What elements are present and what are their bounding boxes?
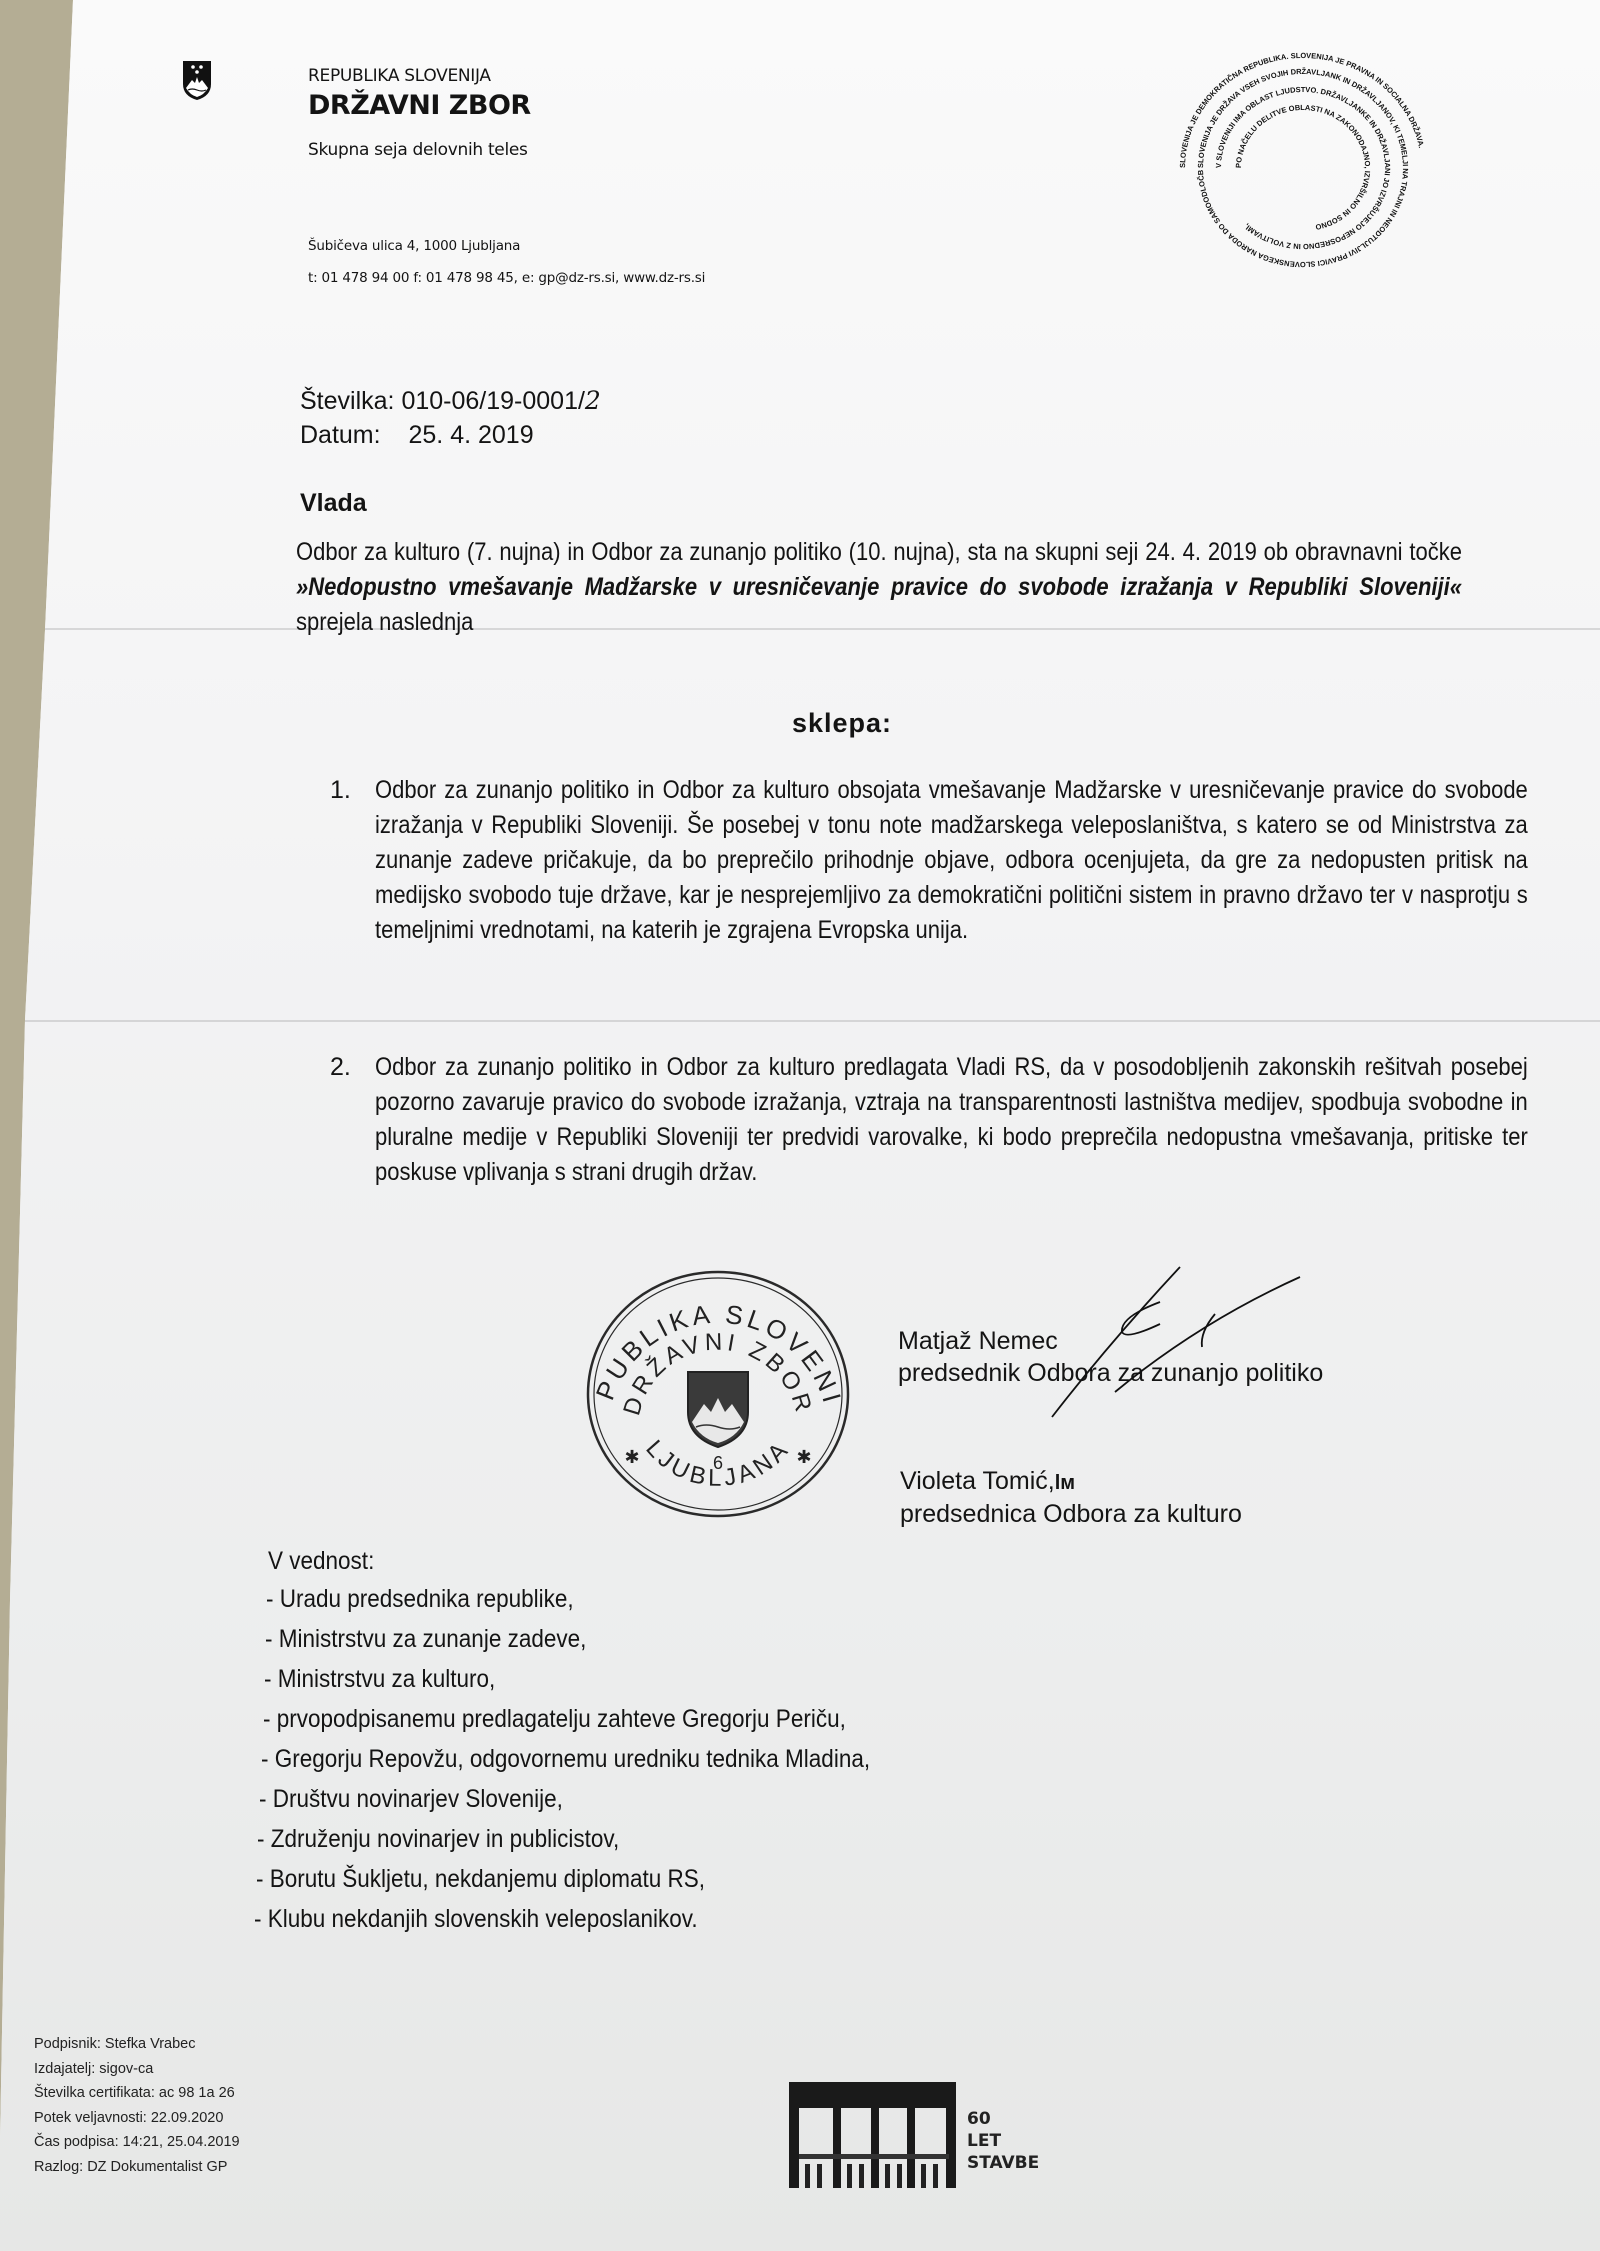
svg-text:✱: ✱ <box>624 1447 639 1467</box>
coat-of-arms-icon <box>180 58 214 102</box>
number-value: 010-06/19-0001/ <box>401 387 584 415</box>
header-address: Šubičeva ulica 4, 1000 Ljubljana <box>308 238 520 254</box>
agenda-item-title: »Nedopustno vmešavanje Madžarske v uresn… <box>296 573 1462 601</box>
certificate-info: Podpisnik: Stefka Vrabec Izdajatelj: sig… <box>34 2032 240 2179</box>
distribution-item: - Ministrstvu za zunanje zadeve, <box>265 1620 586 1658</box>
distribution-item: - Gregorju Repovžu, odgovornemu uredniku… <box>261 1740 870 1778</box>
header-unit: Skupna seja delovnih teles <box>308 140 528 160</box>
fold-line <box>0 1020 1600 1022</box>
svg-text:PO NAČELU DELITVE OBLASTI NA Z: PO NAČELU DELITVE OBLASTI NA ZAKONODAJNO… <box>1234 103 1372 232</box>
distribution-item: - prvopodpisanemu predlagatelju zahteve … <box>263 1700 846 1738</box>
signature-scribble <box>1030 1262 1330 1422</box>
distribution-item: - Ministrstvu za kulturo, <box>264 1660 495 1698</box>
parliament-building-icon <box>785 2078 960 2193</box>
distribution-item: - Združenju novinarjev in publicistov, <box>257 1820 619 1858</box>
initials-mark: lм <box>1055 1472 1075 1494</box>
header-institution: DRŽAVNI ZBOR <box>308 90 531 121</box>
svg-text:6: 6 <box>713 1453 723 1473</box>
svg-text:SLOVENIJA JE DRŽAVA VSEH SVOJI: SLOVENIJA JE DRŽAVA VSEH SVOJIH DRŽAVLJA… <box>1168 50 1410 269</box>
anniversary-label: 60 LET STAVBE <box>967 2108 1039 2174</box>
distribution-item: - Društvu novinarjev Slovenije, <box>259 1780 563 1818</box>
decision-heading: sklepa: <box>792 708 892 739</box>
document-date: Datum: 25. 4. 2019 <box>300 418 534 452</box>
handwritten-number: 2 <box>585 386 601 415</box>
svg-text:✱: ✱ <box>796 1447 811 1467</box>
signatory-role: predsednica Odbora za kulturo <box>900 1498 1242 1531</box>
distribution-item: - Borutu Šukljetu, nekdanjemu diplomatu … <box>256 1860 705 1898</box>
document-number: Številka: 010-06/19-0001/2 <box>300 384 601 418</box>
spiral-emblem: SLOVENIJA JE DEMOKRATIČNA REPUBLIKA. SLO… <box>1168 50 1438 280</box>
intro-paragraph: Odbor za kulturo (7. nujna) in Odbor za … <box>296 535 1462 640</box>
header-contacts: t: 01 478 94 00 f: 01 478 98 45, e: gp@d… <box>308 270 705 286</box>
official-stamp: REPUBLIKA SLOVENIJA DRŽAVNI ZBOR LJUBLJA… <box>578 1262 858 1522</box>
date-value: 25. 4. 2019 <box>409 421 534 449</box>
distribution-label: V vednost: <box>268 1542 374 1580</box>
header-country: REPUBLIKA SLOVENIJA <box>308 66 491 86</box>
distribution-item: - Klubu nekdanjih slovenskih veleposlani… <box>254 1900 698 1938</box>
signatory-name: Violeta Tomić,lм <box>900 1465 1075 1500</box>
distribution-item: - Uradu predsednika republike, <box>266 1580 574 1618</box>
recipient: Vlada <box>300 486 367 520</box>
